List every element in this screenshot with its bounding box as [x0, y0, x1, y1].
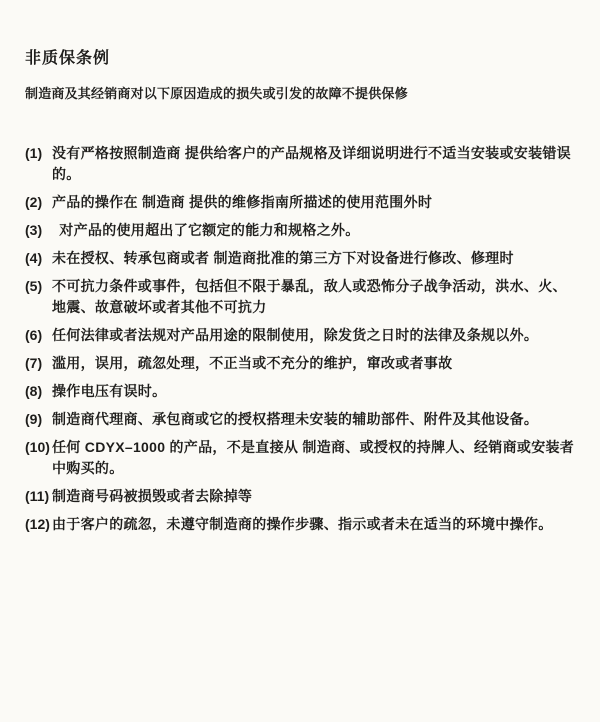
- item-text: 制造商号码被损毁或者去除掉等: [52, 488, 252, 504]
- item-text: 对产品的使用超出了它额定的能力和规格之外。: [52, 222, 360, 238]
- list-item: (3) 对产品的使用超出了它额定的能力和规格之外。: [25, 220, 580, 241]
- item-number: (8): [25, 381, 42, 402]
- item-text: 操作电压有误时。: [52, 383, 166, 399]
- item-text: 没有严格按照制造商 提供给客户的产品规格及详细说明进行不适当安装或安装错误的。: [52, 145, 571, 182]
- item-text: 任何 CDYX–1000 的产品，不是直接从 制造商、或授权的持牌人、经销商或安…: [52, 439, 574, 476]
- exclusion-list: (1)没有严格按照制造商 提供给客户的产品规格及详细说明进行不适当安装或安装错误…: [25, 143, 580, 535]
- list-item: (6)任何法律或者法规对产品用途的限制使用，除发货之日时的法律及条规以外。: [25, 325, 580, 346]
- item-number: (5): [25, 276, 42, 297]
- item-number: (4): [25, 248, 42, 269]
- item-text: 未在授权、转承包商或者 制造商批准的第三方下对设备进行修改、修理时: [52, 250, 514, 266]
- item-number: (3): [25, 220, 42, 241]
- item-text: 任何法律或者法规对产品用途的限制使用，除发货之日时的法律及条规以外。: [52, 327, 538, 343]
- list-item: (11)制造商号码被损毁或者去除掉等: [25, 486, 580, 507]
- item-number: (12): [25, 514, 50, 535]
- item-text: 不可抗力条件或事件，包括但不限于暴乱，敌人或恐怖分子战争活动，洪水、火、地震、故…: [52, 278, 567, 315]
- list-item: (1)没有严格按照制造商 提供给客户的产品规格及详细说明进行不适当安装或安装错误…: [25, 143, 580, 185]
- item-text: 滥用，误用，疏忽处理，不正当或不充分的维护，窜改或者事故: [52, 355, 452, 371]
- list-item: (4)未在授权、转承包商或者 制造商批准的第三方下对设备进行修改、修理时: [25, 248, 580, 269]
- page-title: 非质保条例: [25, 45, 580, 68]
- document-page: 非质保条例 制造商及其经销商对以下原因造成的损失或引发的故障不提供保修 (1)没…: [0, 0, 600, 722]
- list-item: (8)操作电压有误时。: [25, 381, 580, 402]
- item-number: (1): [25, 143, 42, 164]
- list-item: (9)制造商代理商、承包商或它的授权搭理未安装的辅助部件、附件及其他设备。: [25, 409, 580, 430]
- item-number: (7): [25, 353, 42, 374]
- list-item: (2)产品的操作在 制造商 提供的维修指南所描述的使用范围外时: [25, 192, 580, 213]
- list-item: (7)滥用，误用，疏忽处理，不正当或不充分的维护，窜改或者事故: [25, 353, 580, 374]
- item-text: 产品的操作在 制造商 提供的维修指南所描述的使用范围外时: [52, 194, 432, 210]
- list-item: (12)由于客户的疏忽，未遵守制造商的操作步骤、指示或者未在适当的环境中操作。: [25, 514, 580, 535]
- item-number: (9): [25, 409, 42, 430]
- item-number: (6): [25, 325, 42, 346]
- list-item: (5)不可抗力条件或事件，包括但不限于暴乱，敌人或恐怖分子战争活动，洪水、火、地…: [25, 276, 580, 318]
- item-text: 制造商代理商、承包商或它的授权搭理未安装的辅助部件、附件及其他设备。: [52, 411, 538, 427]
- document-subtitle: 制造商及其经销商对以下原因造成的损失或引发的故障不提供保修: [25, 83, 580, 102]
- item-text: 由于客户的疏忽，未遵守制造商的操作步骤、指示或者未在适当的环境中操作。: [52, 516, 553, 532]
- item-number: (11): [25, 486, 49, 507]
- item-number: (10): [25, 437, 50, 458]
- list-item: (10)任何 CDYX–1000 的产品，不是直接从 制造商、或授权的持牌人、经…: [25, 437, 580, 479]
- item-number: (2): [25, 192, 42, 213]
